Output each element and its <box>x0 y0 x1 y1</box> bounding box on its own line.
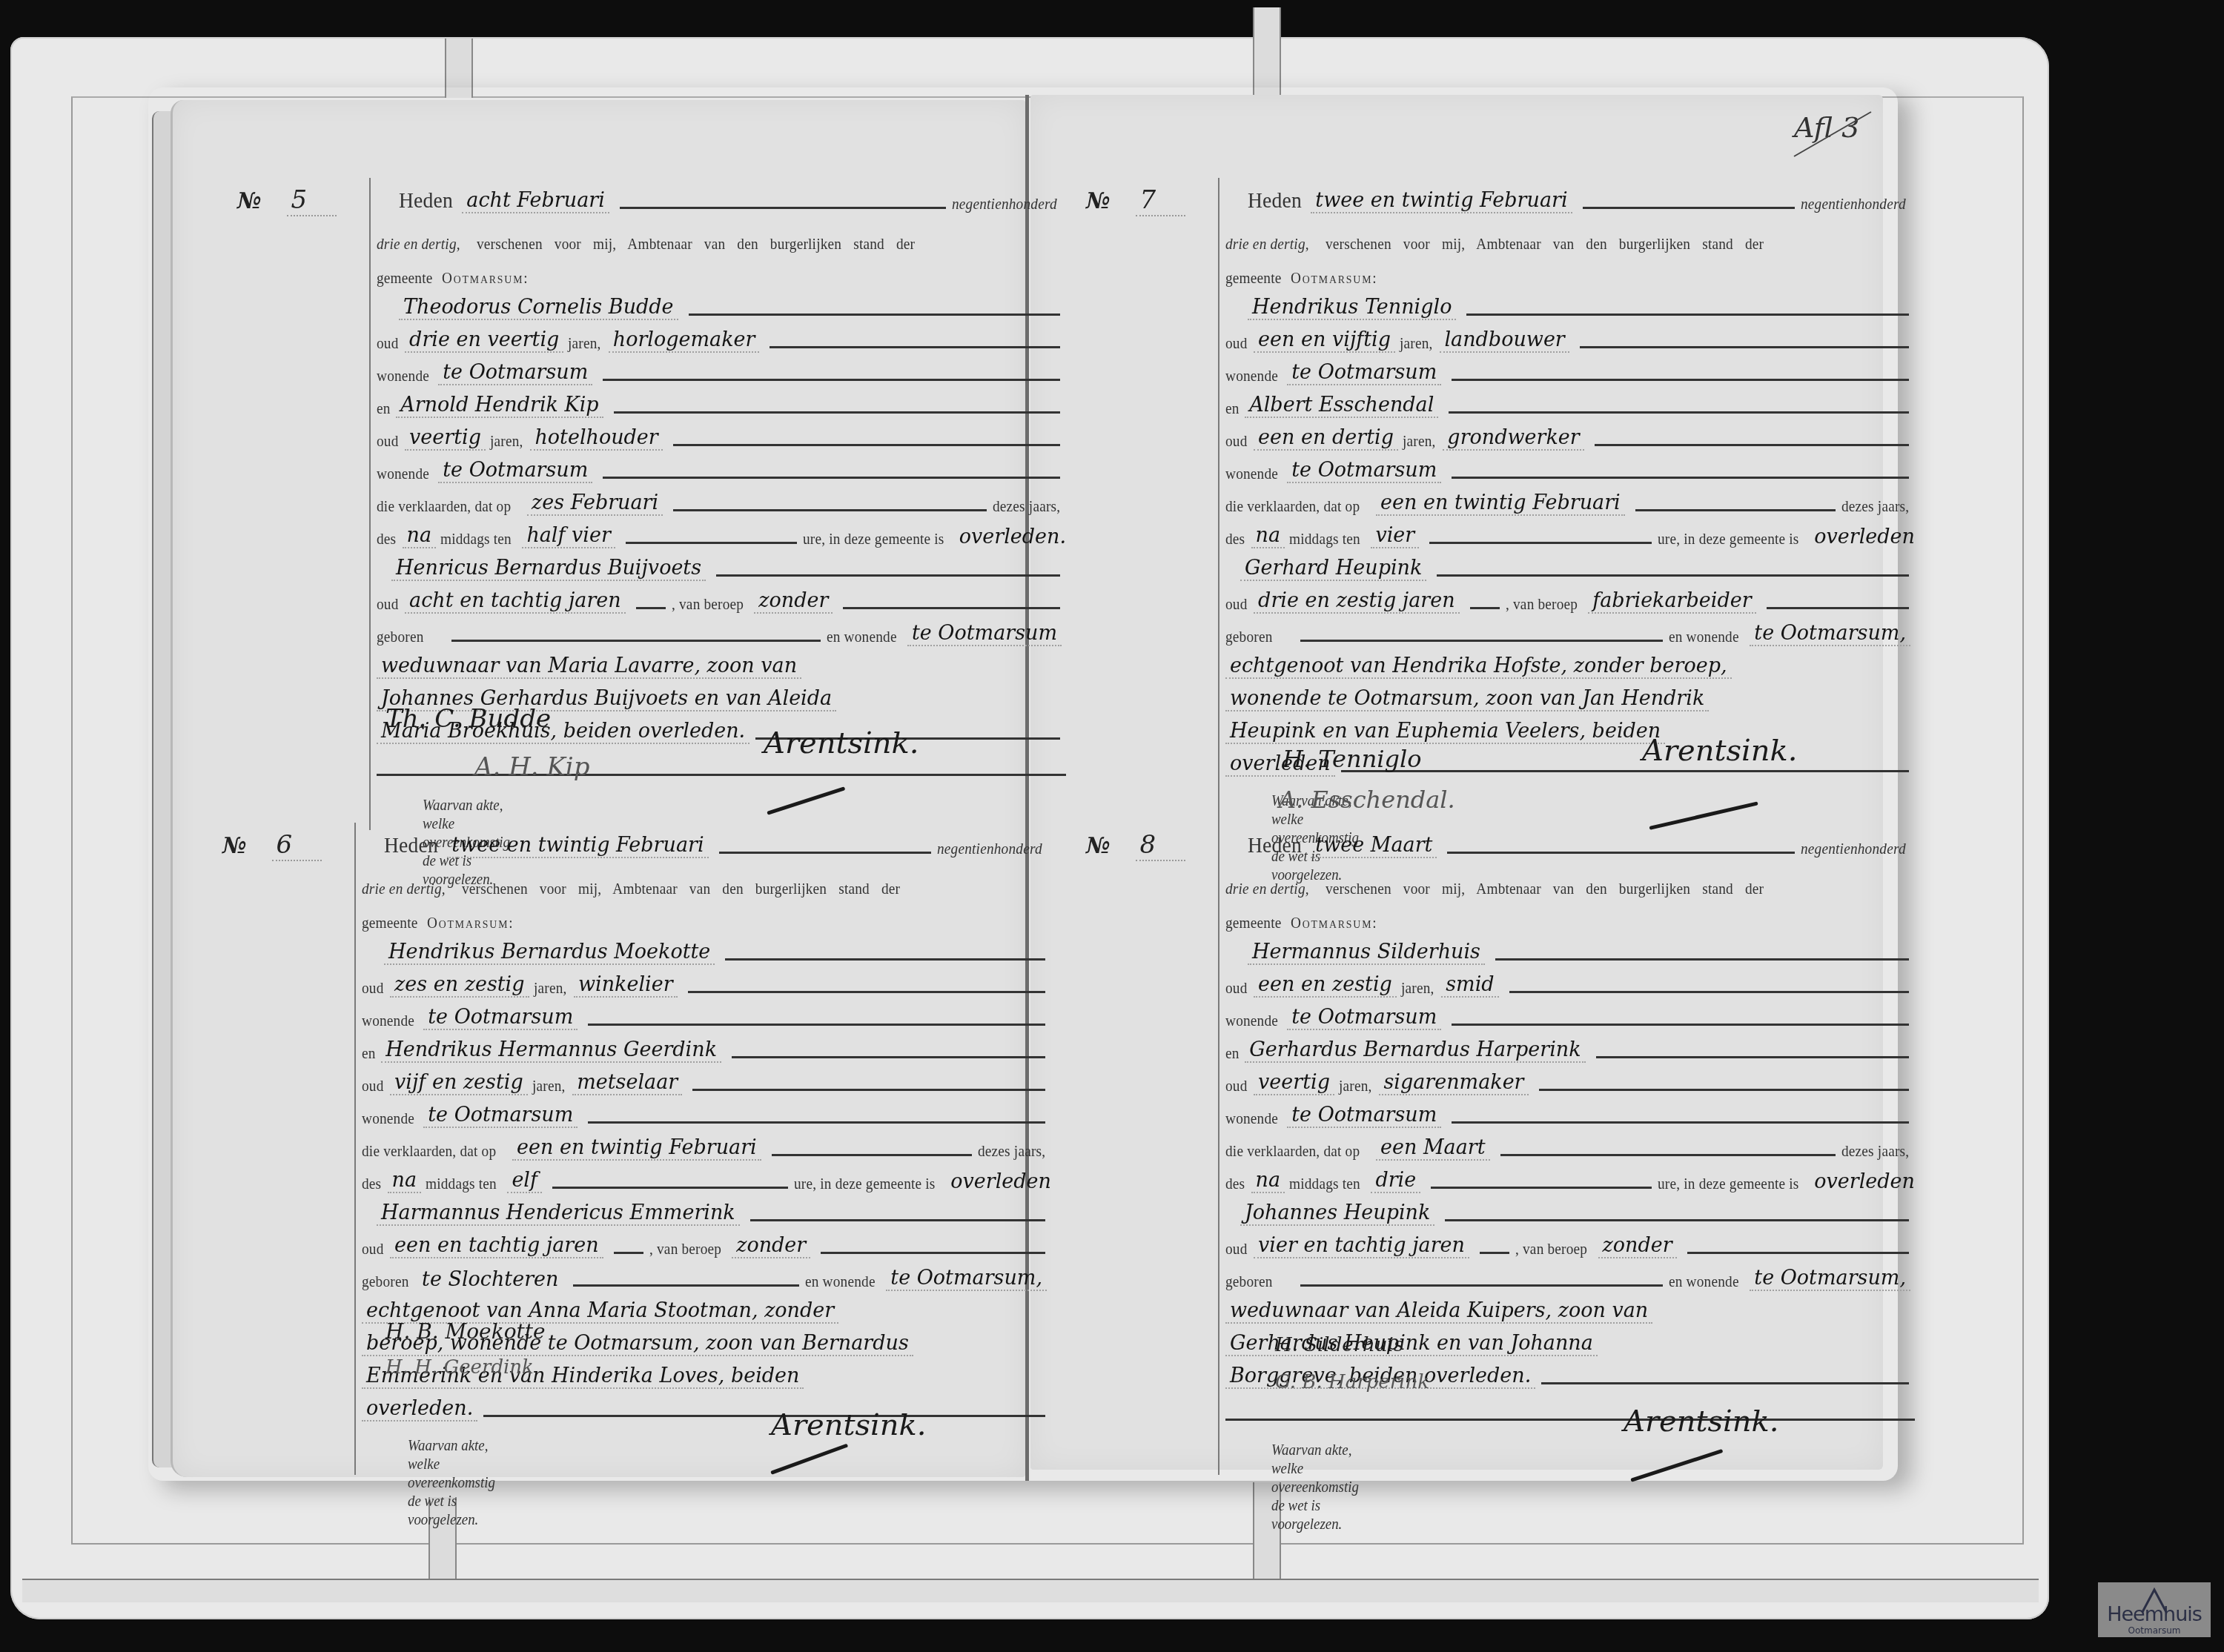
line-year: drie en dertig, verschenen voor mij, Amb… <box>362 866 1051 898</box>
act-number: №7 <box>1086 185 1185 215</box>
signature-declarant2: A. Esschendal. <box>1279 786 1455 814</box>
line-declarant1-residence: wonende te Ootmarsum <box>362 998 1051 1030</box>
fill-line <box>603 477 1060 479</box>
label-die-verklaarden: die verklaarden, dat op <box>1225 497 1360 516</box>
line-year: drie en dertig, verschenen voor mij, Amb… <box>377 221 1066 253</box>
line-death-date: die verklaarden, dat op een Maart dezes … <box>1225 1128 1915 1161</box>
label-oud: oud <box>362 1077 384 1095</box>
line-declarant2-age: oud een en dertig jaren, grondwerker <box>1225 418 1915 451</box>
fill-line <box>1300 640 1663 642</box>
line-declarant2-residence: wonende te Ootmarsum <box>1225 1095 1915 1128</box>
line-gemeente: gemeente Ootmarsum: <box>362 900 1051 932</box>
fill-line <box>1541 1382 1909 1384</box>
label-jaren: jaren, <box>568 334 601 353</box>
declarant1-age: zes en zestig <box>390 973 529 998</box>
declarant2-occupation: metselaar <box>572 1071 682 1095</box>
declarant1-residence: te Ootmarsum <box>1287 1006 1441 1030</box>
label-year: drie en dertig, <box>1225 235 1309 253</box>
fill-line <box>1445 1219 1909 1221</box>
closing-rule <box>1225 1419 1915 1421</box>
fill-line <box>573 1284 799 1287</box>
declarant2-age: veertig <box>1254 1071 1334 1095</box>
line-declarant1-name: Theodorus Cornelis Budde <box>377 288 1066 320</box>
died-word: overleden <box>1814 525 1915 548</box>
declarant1-occupation: landbouwer <box>1440 328 1569 353</box>
label-verschenen: verschenen voor mij, Ambtenaar van den b… <box>1326 880 1764 898</box>
deceased-residence: te Ootmarsum <box>907 622 1062 646</box>
line-deceased-name: Johannes Heupink <box>1225 1193 1915 1226</box>
line-deceased-age: oud drie en zestig jaren , van beroep fa… <box>1225 581 1915 614</box>
line-heden: Heden twee en twintig Februari negentien… <box>384 826 1051 858</box>
label-middags: middags ten <box>1289 530 1360 548</box>
line-deceased-age: oud een en tachtig jaren , van beroep zo… <box>362 1226 1051 1258</box>
line-year: drie en dertig, verschenen voor mij, Amb… <box>1225 866 1915 898</box>
act-date: twee en twintig Februari <box>1311 189 1572 213</box>
fill-line <box>1580 346 1909 348</box>
label-des: des <box>362 1175 381 1193</box>
remark-line: Heupink en van Euphemia Veelers, beiden <box>1225 711 1915 744</box>
declarant1-occupation: horlogemaker <box>609 328 760 353</box>
label-jaren: jaren, <box>532 1077 566 1095</box>
line-deceased-born: geboren en wonende te Ootmarsum, <box>1225 1258 1915 1291</box>
label-en: en <box>377 399 391 418</box>
label-des: des <box>1225 1175 1245 1193</box>
deceased-residence: te Ootmarsum, <box>1750 1267 1910 1291</box>
fill-line <box>1595 444 1909 446</box>
signature-declarant1: H. Silderhuis <box>1275 1334 1403 1356</box>
death-hour: vier <box>1371 524 1419 548</box>
label-wonende: wonende <box>377 465 429 483</box>
death-date: een Maart <box>1376 1136 1490 1161</box>
line-death-date: die verklaarden, dat op een en twintig F… <box>1225 483 1915 516</box>
folio-annotation: Afl 3 <box>1794 111 1859 144</box>
deceased-name: Johannes Heupink <box>1240 1201 1434 1226</box>
label-dezes-jaars: dezes jaars, <box>1841 1142 1909 1161</box>
watermark-name: Heemhuis <box>2098 1605 2211 1625</box>
fill-line <box>673 444 1060 446</box>
death-hour: elf <box>507 1169 542 1193</box>
death-date: zes Februari <box>527 491 663 516</box>
label-oud: oud <box>1225 1240 1248 1258</box>
fill-line <box>451 640 821 642</box>
label-oud: oud <box>1225 1077 1248 1095</box>
municipality: Ootmarsum: <box>1291 269 1377 288</box>
death-hour: half vier <box>522 524 615 548</box>
declarant1-residence: te Ootmarsum <box>438 361 592 385</box>
signature-registrar: Arentsink. <box>764 726 919 760</box>
died-word: overleden. <box>959 525 1066 548</box>
label-jaren: jaren, <box>1400 334 1433 353</box>
label-en-wonende: en wonende <box>1669 628 1739 646</box>
label-die-verklaarden: die verklaarden, dat op <box>377 497 511 516</box>
line-deceased-born: geboren en wonende te Ootmarsum, <box>1225 614 1915 646</box>
remark-text: weduwnaar van Maria Lavarre, zoon van <box>377 654 801 679</box>
declarant1-residence: te Ootmarsum <box>423 1006 577 1030</box>
line-declarant1-age: oud een en zestig jaren, smid <box>1225 965 1915 998</box>
signature-registrar: Arentsink. <box>771 1408 927 1442</box>
line-deceased-age: oud vier en tachtig jaren , van beroep z… <box>1225 1226 1915 1258</box>
line-declarant1-residence: wonende te Ootmarsum <box>1225 998 1915 1030</box>
act-number-value: 6 <box>272 830 322 861</box>
declarant1-age: een en vijftig <box>1254 328 1395 353</box>
label-oud: oud <box>1225 432 1248 451</box>
closing-formula: Waarvan akte, welke overeenkomstig de we… <box>1271 1441 1359 1533</box>
label-van-beroep: , van beroep <box>1515 1240 1587 1258</box>
label-die-verklaarden: die verklaarden, dat op <box>1225 1142 1360 1161</box>
label-dezes-jaars: dezes jaars, <box>993 497 1060 516</box>
act-number: №5 <box>237 185 337 215</box>
fill-line <box>1341 770 1909 772</box>
line-declarant2-name: en Albert Esschendal <box>1225 385 1915 418</box>
label-heden: Heden <box>1248 188 1302 213</box>
label-middags: middags ten <box>426 1175 497 1193</box>
closing-formula: Waarvan akte, welke overeenkomstig de we… <box>408 1436 495 1529</box>
label-wonende: wonende <box>1225 1012 1278 1030</box>
number-symbol: № <box>237 188 262 214</box>
label-des: des <box>1225 530 1245 548</box>
voor-na: na <box>1251 1169 1285 1193</box>
label-middags: middags ten <box>440 530 512 548</box>
remark-text: weduwnaar van Aleida Kuipers, zoon van <box>1225 1299 1652 1324</box>
line-deceased-name: Gerhard Heupink <box>1225 548 1915 581</box>
label-heden: Heden <box>384 833 438 858</box>
fill-line <box>1452 379 1909 381</box>
label-negentienhonderd: negentienhonderd <box>952 195 1057 213</box>
binding-tape-top <box>1253 7 1281 96</box>
label-year: drie en dertig, <box>1225 880 1309 898</box>
label-jaren: jaren, <box>534 979 567 998</box>
signature-declarant2: A. H. Kip <box>474 752 589 782</box>
act-number-value: 8 <box>1136 830 1186 861</box>
page-edges <box>152 111 173 1467</box>
label-negentienhonderd: negentienhonderd <box>937 840 1042 858</box>
death-date: een en twintig Februari <box>512 1136 761 1161</box>
act-date: twee en twintig Februari <box>447 834 708 858</box>
line-deceased-age: oud acht en tachtig jaren , van beroep z… <box>377 581 1066 614</box>
remark-line: weduwnaar van Maria Lavarre, zoon van <box>377 646 1066 679</box>
line-declarant2-name: en Hendrikus Hermannus Geerdink <box>362 1030 1051 1063</box>
fill-line <box>588 1121 1045 1124</box>
line-declarant2-residence: wonende te Ootmarsum <box>1225 451 1915 483</box>
margin-rule <box>354 823 356 1475</box>
line-deceased-name: Henricus Bernardus Buijvoets <box>377 548 1066 581</box>
fill-line <box>1452 477 1909 479</box>
death-date: een en twintig Februari <box>1376 491 1625 516</box>
line-death-time: des na middags ten vier ure, in deze gem… <box>1225 516 1915 548</box>
fill-line <box>620 207 946 209</box>
declarant1-age: een en zestig <box>1254 973 1397 998</box>
fill-line <box>1466 314 1909 316</box>
margin-rule <box>1218 178 1219 830</box>
deceased-name: Harmannus Hendericus Emmerink <box>377 1201 740 1226</box>
label-middags: middags ten <box>1289 1175 1360 1193</box>
deceased-occupation: zonder <box>1598 1234 1677 1258</box>
deceased-name: Gerhard Heupink <box>1240 557 1426 581</box>
label-jaren: jaren, <box>1401 979 1434 998</box>
line-heden: Heden twee Maart negentienhonderd <box>1248 826 1915 858</box>
line-declarant2-name: en Arnold Hendrik Kip <box>377 385 1066 418</box>
fill-line <box>750 1219 1045 1221</box>
line-declarant2-residence: wonende te Ootmarsum <box>362 1095 1051 1128</box>
fill-line <box>689 314 1060 316</box>
act-number-value: 7 <box>1136 185 1186 216</box>
remark-line: overleden. <box>362 1389 1051 1422</box>
deceased-residence: te Ootmarsum, <box>886 1267 1047 1291</box>
label-heden: Heden <box>399 188 453 213</box>
fill-line <box>1300 1284 1663 1287</box>
line-declarant2-residence: wonende te Ootmarsum <box>377 451 1066 483</box>
line-death-date: die verklaarden, dat op een en twintig F… <box>362 1128 1051 1161</box>
label-verschenen: verschenen voor mij, Ambtenaar van den b… <box>1326 235 1764 253</box>
line-year: drie en dertig, verschenen voor mij, Amb… <box>1225 221 1915 253</box>
label-oud: oud <box>362 979 384 998</box>
declarant1-name: Hermannus Silderhuis <box>1248 941 1485 965</box>
label-oud: oud <box>1225 979 1248 998</box>
fill-line <box>1452 1121 1909 1124</box>
fill-line <box>1452 1024 1909 1026</box>
fill-line <box>688 991 1045 993</box>
line-heden: Heden twee en twintig Februari negentien… <box>1248 181 1915 213</box>
line-declarant2-name: en Gerhardus Bernardus Harperink <box>1225 1030 1915 1063</box>
label-wonende: wonende <box>1225 367 1278 385</box>
declarant1-occupation: smid <box>1441 973 1498 998</box>
line-gemeente: gemeente Ootmarsum: <box>1225 900 1915 932</box>
declarant2-residence: te Ootmarsum <box>438 459 592 483</box>
fill-line <box>1583 207 1795 209</box>
line-declarant2-age: oud veertig jaren, sigarenmaker <box>1225 1063 1915 1095</box>
label-en: en <box>1225 399 1240 418</box>
label-year: drie en dertig, <box>362 880 446 898</box>
died-word: overleden <box>1814 1170 1915 1193</box>
fill-line <box>1539 1089 1909 1091</box>
line-declarant1-age: oud drie en veertig jaren, horlogemaker <box>377 320 1066 353</box>
deceased-age: een en tachtig jaren <box>390 1234 603 1258</box>
label-en-wonende: en wonende <box>827 628 897 646</box>
label-jaren: jaren, <box>490 432 523 451</box>
line-declarant1-name: Hermannus Silderhuis <box>1225 932 1915 965</box>
label-dezes-jaars: dezes jaars, <box>1841 497 1909 516</box>
remark-text: Heupink en van Euphemia Veelers, beiden <box>1225 720 1665 744</box>
declarant1-name: Hendrikus Tenniglo <box>1248 296 1456 320</box>
fill-line <box>770 346 1060 348</box>
deceased-residence: te Ootmarsum, <box>1750 622 1910 646</box>
label-verschenen: verschenen voor mij, Ambtenaar van den b… <box>462 880 900 898</box>
voor-na: na <box>388 1169 422 1193</box>
label-wonende: wonende <box>1225 465 1278 483</box>
margin-rule <box>1218 823 1219 1475</box>
label-geboren: geboren <box>1225 1273 1273 1291</box>
label-wonende: wonende <box>1225 1109 1278 1128</box>
fill-line <box>1635 509 1836 511</box>
declarant2-age: vijf en zestig <box>390 1071 528 1095</box>
watermark-place: Ootmarsum <box>2098 1625 2211 1636</box>
fill-line <box>692 1089 1045 1091</box>
label-geboren: geboren <box>362 1273 409 1291</box>
declarant1-residence: te Ootmarsum <box>1287 361 1441 385</box>
label-wonende: wonende <box>377 367 429 385</box>
remark-line: wonende te Ootmarsum, zoon van Jan Hendr… <box>1225 679 1915 711</box>
fill-line <box>1447 852 1795 854</box>
bottom-strip <box>22 1579 2039 1602</box>
label-oud: oud <box>377 432 399 451</box>
line-declarant1-age: oud een en vijftig jaren, landbouwer <box>1225 320 1915 353</box>
fill-line <box>626 542 797 544</box>
fill-line <box>1500 1154 1836 1156</box>
voor-na: na <box>1251 524 1285 548</box>
label-die-verklaarden: die verklaarden, dat op <box>362 1142 496 1161</box>
fill-line <box>732 1056 1045 1058</box>
line-declarant1-age: oud zes en zestig jaren, winkelier <box>362 965 1051 998</box>
line-death-time: des na middags ten drie ure, in deze gem… <box>1225 1161 1915 1193</box>
line-declarant2-age: oud vijf en zestig jaren, metselaar <box>362 1063 1051 1095</box>
act-date: acht Februari <box>462 189 609 213</box>
fill-line <box>843 607 1060 609</box>
municipality: Ootmarsum: <box>442 269 529 288</box>
remark-line: echtgenoot van Hendrika Hofste, zonder b… <box>1225 646 1915 679</box>
label-des: des <box>377 530 396 548</box>
label-jaren: jaren, <box>1339 1077 1372 1095</box>
municipality: Ootmarsum: <box>1291 914 1377 932</box>
line-declarant1-residence: wonende te Ootmarsum <box>377 353 1066 385</box>
declarant2-residence: te Ootmarsum <box>1287 459 1441 483</box>
label-ure: ure, in deze gemeente is <box>803 530 944 548</box>
line-heden: Heden acht Februari negentienhonderd <box>399 181 1066 213</box>
label-en: en <box>362 1044 376 1063</box>
declarant2-residence: te Ootmarsum <box>423 1104 577 1128</box>
fill-line <box>1431 1187 1652 1189</box>
label-heden: Heden <box>1248 833 1302 858</box>
label-ure: ure, in deze gemeente is <box>1658 1175 1799 1193</box>
fill-line <box>636 607 666 609</box>
label-oud: oud <box>1225 334 1248 353</box>
label-jaren: jaren, <box>1403 432 1436 451</box>
signature-declarant1: Th. C. Budde <box>385 704 551 734</box>
deceased-name: Henricus Bernardus Buijvoets <box>391 557 706 581</box>
act-number-value: 5 <box>287 185 337 216</box>
deceased-age: drie en zestig jaren <box>1254 589 1460 614</box>
label-gemeente: gemeente <box>362 914 417 932</box>
line-death-time: des na middags ten elf ure, in deze geme… <box>362 1161 1051 1193</box>
label-ure: ure, in deze gemeente is <box>794 1175 936 1193</box>
signature-registrar: Arentsink. <box>1642 734 1798 768</box>
declarant2-name: Arnold Hendrik Kip <box>396 394 603 418</box>
label-geboren: geboren <box>377 628 424 646</box>
fill-line <box>614 1252 643 1254</box>
deceased-occupation: zonder <box>754 589 833 614</box>
line-gemeente: gemeente Ootmarsum: <box>1225 255 1915 288</box>
label-van-beroep: , van beroep <box>672 595 744 614</box>
label-en-wonende: en wonende <box>805 1273 876 1291</box>
label-wonende: wonende <box>362 1012 414 1030</box>
fill-line <box>614 411 1060 414</box>
fill-line <box>603 379 1060 381</box>
deceased-age: acht en tachtig jaren <box>405 589 626 614</box>
fill-line <box>483 1415 1045 1417</box>
label-oud: oud <box>377 334 399 353</box>
remark-text: echtgenoot van Hendrika Hofste, zonder b… <box>1225 654 1732 679</box>
line-deceased-born: geboren te Slochteren en wonende te Ootm… <box>362 1258 1051 1291</box>
label-geboren: geboren <box>1225 628 1273 646</box>
label-year: drie en dertig, <box>377 235 460 253</box>
declarant2-occupation: grondwerker <box>1443 426 1583 451</box>
declarant2-name: Hendrikus Hermannus Geerdink <box>381 1038 721 1063</box>
fill-line <box>1509 991 1909 993</box>
act-number: №6 <box>222 830 322 860</box>
line-declarant1-name: Hendrikus Bernardus Moekotte <box>362 932 1051 965</box>
line-deceased-name: Harmannus Hendericus Emmerink <box>362 1193 1051 1226</box>
declarant2-occupation: hotelhouder <box>530 426 662 451</box>
label-gemeente: gemeente <box>1225 269 1281 288</box>
declarant2-age: een en dertig <box>1254 426 1398 451</box>
label-en-wonende: en wonende <box>1669 1273 1739 1291</box>
label-gemeente: gemeente <box>377 269 432 288</box>
label-oud: oud <box>377 595 399 614</box>
municipality: Ootmarsum: <box>427 914 514 932</box>
label-verschenen: verschenen voor mij, Ambtenaar van den b… <box>477 235 915 253</box>
label-gemeente: gemeente <box>1225 914 1281 932</box>
declarant1-age: drie en veertig <box>405 328 563 353</box>
fill-line <box>1596 1056 1909 1058</box>
line-death-time: des na middags ten half vier ure, in dez… <box>377 516 1066 548</box>
fill-line <box>719 852 931 854</box>
fill-line <box>1437 574 1909 577</box>
line-gemeente: gemeente Ootmarsum: <box>377 255 1066 288</box>
label-oud: oud <box>362 1240 384 1258</box>
death-hour: drie <box>1371 1169 1420 1193</box>
fill-line <box>772 1154 972 1156</box>
remark-text: wonende te Ootmarsum, zoon van Jan Hendr… <box>1225 687 1709 711</box>
signature-declarant1: H. Tenniglo <box>1283 745 1421 773</box>
fill-line <box>1495 958 1909 961</box>
label-ure: ure, in deze gemeente is <box>1658 530 1799 548</box>
declarant1-name: Theodorus Cornelis Budde <box>399 296 678 320</box>
declarant2-occupation: sigarenmaker <box>1379 1071 1528 1095</box>
heemhuis-watermark: Heemhuis Ootmarsum <box>2098 1582 2211 1637</box>
margin-rule <box>369 178 371 830</box>
fill-line <box>1687 1252 1909 1254</box>
fill-line <box>552 1187 788 1189</box>
signature-registrar: Arentsink. <box>1624 1404 1779 1439</box>
fill-line <box>1767 607 1909 609</box>
act-number: №8 <box>1086 830 1185 860</box>
fill-line <box>588 1024 1045 1026</box>
voor-na: na <box>403 524 437 548</box>
deceased-age: vier en tachtig jaren <box>1254 1234 1469 1258</box>
declarant1-occupation: winkelier <box>574 973 678 998</box>
declarant2-name: Albert Esschendal <box>1245 394 1438 418</box>
fill-line <box>1470 607 1500 609</box>
signature-declarant2: H. H. Geerdink <box>385 1356 534 1379</box>
label-en: en <box>1225 1044 1240 1063</box>
act-date: twee Maart <box>1311 834 1437 858</box>
deceased-occupation: zonder <box>732 1234 810 1258</box>
declarant2-residence: te Ootmarsum <box>1287 1104 1441 1128</box>
fill-line <box>1480 1252 1509 1254</box>
fill-line <box>1449 411 1909 414</box>
line-declarant2-age: oud veertig jaren, hotelhouder <box>377 418 1066 451</box>
number-symbol: № <box>1086 188 1111 214</box>
line-declarant1-name: Hendrikus Tenniglo <box>1225 288 1915 320</box>
deceased-birthplace: te Slochteren <box>417 1268 563 1291</box>
fill-line <box>673 509 987 511</box>
signature-declarant1: H. B. Moekotte <box>385 1319 546 1344</box>
declarant2-age: veertig <box>405 426 486 451</box>
label-oud: oud <box>1225 595 1248 614</box>
label-dezes-jaars: dezes jaars, <box>978 1142 1045 1161</box>
label-negentienhonderd: negentienhonderd <box>1801 195 1906 213</box>
fill-line <box>725 958 1045 961</box>
deceased-occupation: fabriekarbeider <box>1588 589 1755 614</box>
